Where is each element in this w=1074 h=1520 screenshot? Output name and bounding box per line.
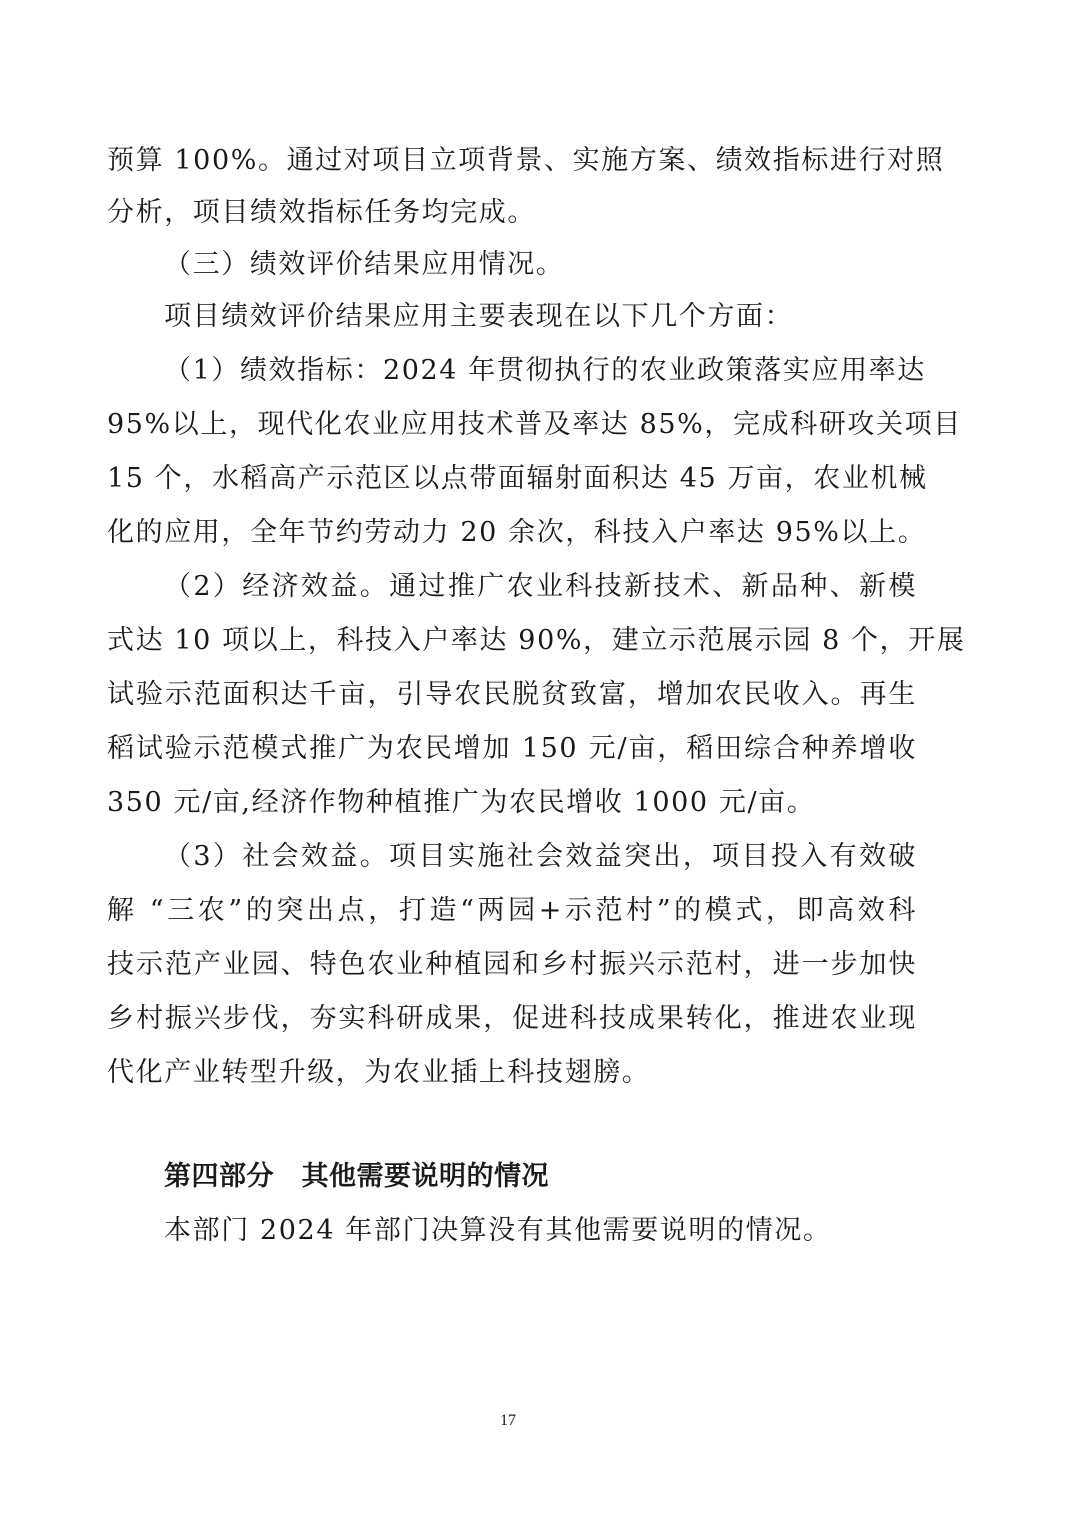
paragraph-line: 预算 100%。通过对项目立项背景、实施方案、绩效指标进行对照 bbox=[107, 141, 917, 181]
paragraph-line: 项目绩效评价结果应用主要表现在以下几个方面： bbox=[164, 297, 917, 337]
page-number: 17 bbox=[0, 1412, 1016, 1430]
paragraph-line: 稻试验示范模式推广为农民增加 150 元/亩，稻田综合种养增收 bbox=[107, 729, 917, 769]
paragraph-line: 化的应用，全年节约劳动力 20 余次，科技入户率达 95%以上。 bbox=[107, 513, 917, 553]
paragraph-line: 分析，项目绩效指标任务均完成。 bbox=[107, 193, 917, 233]
paragraph-line: 试验示范面积达千亩，引导农民脱贫致富，增加农民收入。再生 bbox=[107, 675, 917, 715]
paragraph-line: 代化产业转型升级，为农业插上科技翅膀。 bbox=[107, 1053, 917, 1093]
document-page: 预算 100%。通过对项目立项背景、实施方案、绩效指标进行对照 分析，项目绩效指… bbox=[0, 0, 1074, 1520]
paragraph-line: 350 元/亩,经济作物种植推广为农民增收 1000 元/亩。 bbox=[107, 783, 917, 823]
section-four-heading: 第四部分 其他需要说明的情况 bbox=[164, 1157, 917, 1197]
paragraph-line: 技示范产业园、特色农业种植园和乡村振兴示范村，进一步加快 bbox=[107, 945, 917, 985]
paragraph-line: 解 “三农”的突出点，打造“两园+示范村”的模式，即高效科 bbox=[107, 891, 917, 931]
paragraph-line: 式达 10 项以上，科技入户率达 90%，建立示范展示园 8 个，开展 bbox=[107, 621, 917, 661]
item-economic-benefits: （2）经济效益。通过推广农业科技新技术、新品种、新模 bbox=[164, 567, 917, 607]
item-social-benefits: （3）社会效益。项目实施社会效益突出，项目投入有效破 bbox=[164, 837, 917, 877]
paragraph-line: 95%以上，现代化农业应用技术普及率达 85%，完成科研攻关项目 bbox=[107, 405, 917, 445]
section-four-body: 本部门 2024 年部门决算没有其他需要说明的情况。 bbox=[164, 1211, 917, 1251]
paragraph-line: 15 个，水稻高产示范区以点带面辐射面积达 45 万亩，农业机械 bbox=[107, 459, 917, 499]
paragraph-line: 乡村振兴步伐，夯实科研成果，促进科技成果转化，推进农业现 bbox=[107, 999, 917, 1039]
item-performance-indicators: （1）绩效指标：2024 年贯彻执行的农业政策落实应用率达 bbox=[164, 351, 917, 391]
sub-heading-performance-results: （三）绩效评价结果应用情况。 bbox=[164, 245, 917, 285]
